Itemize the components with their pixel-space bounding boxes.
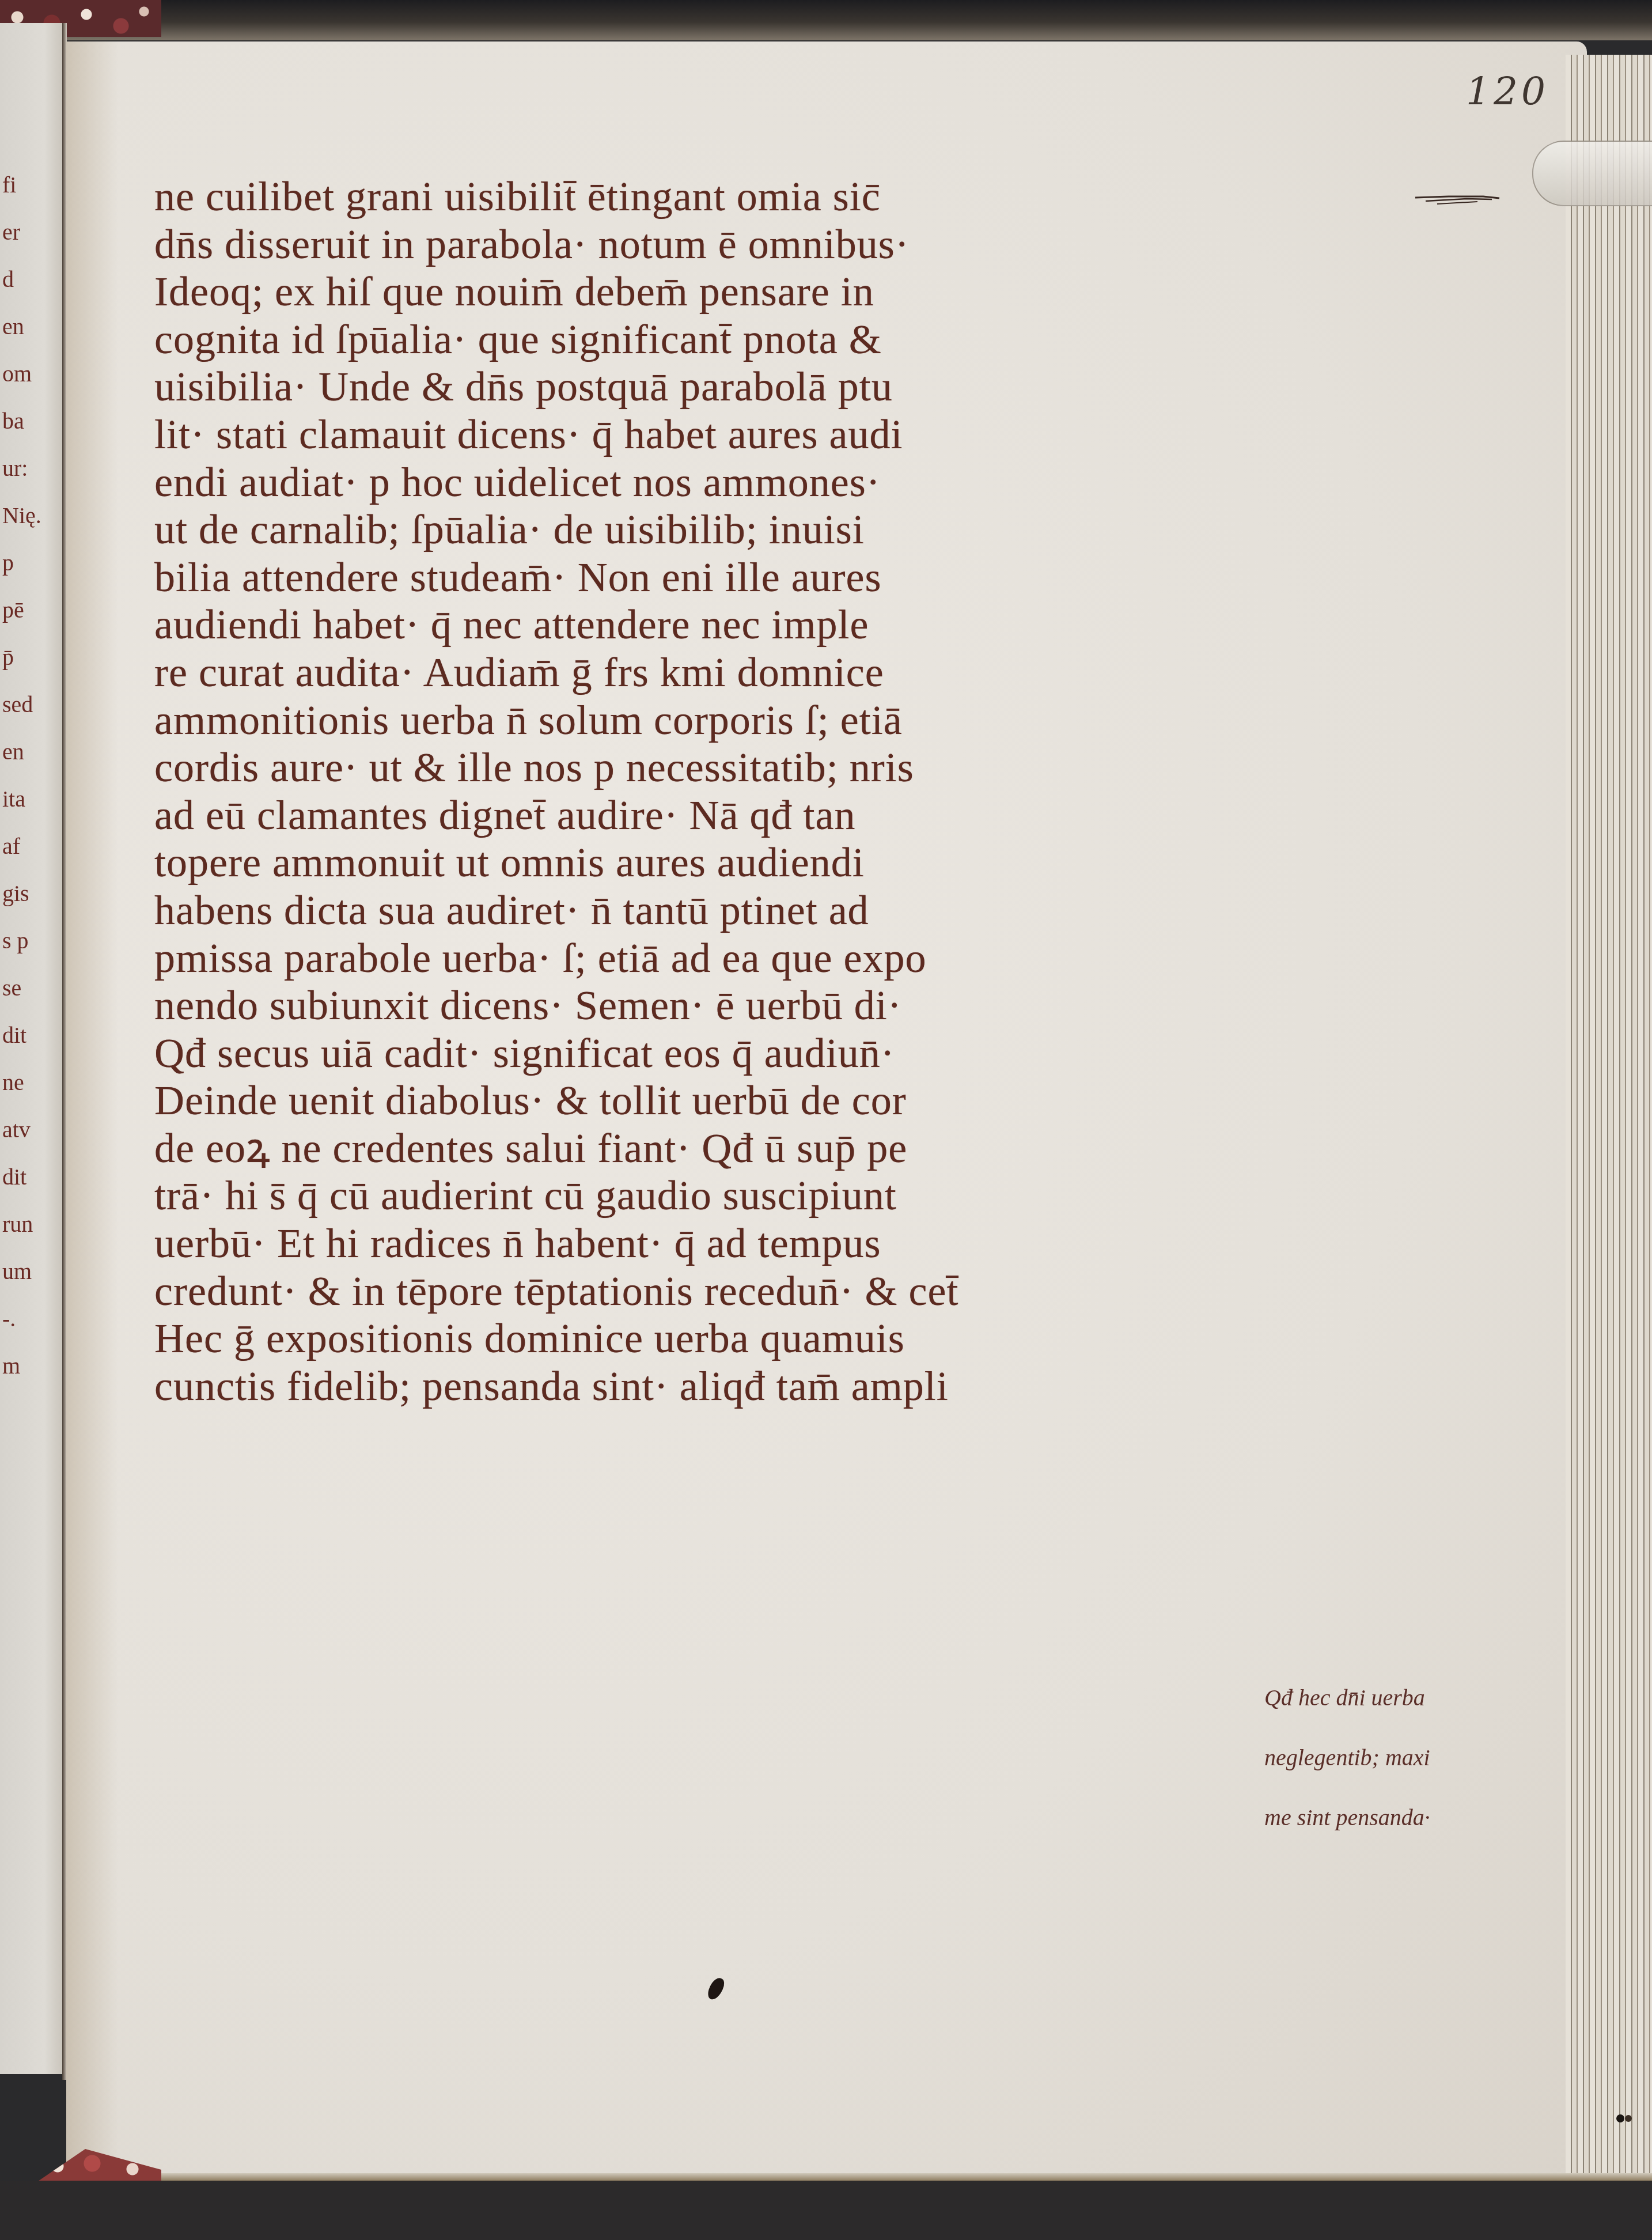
left-page-fragment: er (2, 209, 60, 256)
binding-top (0, 0, 1652, 40)
text-line: Qđ secus uiā cadit· significat eos q̄ au… (154, 1030, 1237, 1077)
text-line: uerbū· Et hi radices n̄ habent· q̄ ad te… (154, 1220, 1237, 1267)
marginal-note-line: Qđ hec dn̄i uerba (1264, 1668, 1541, 1728)
marginal-note: Qđ hec dn̄i uerbaneglegentib; maxime sin… (1264, 1668, 1541, 1848)
left-page-fragment: p (2, 539, 60, 587)
text-line: re curat audita· Audiam̄ ḡ frs kmi domni… (154, 649, 1237, 697)
left-page-fragment: fi (2, 161, 60, 209)
left-page-fragment: om (2, 350, 60, 398)
left-page-fragment: ba (2, 398, 60, 445)
left-page-text-fragments: fierdenombaur:Nię.ppēp̄sedenitaafgiss ps… (2, 161, 60, 1390)
left-page-fragment: um (2, 1248, 60, 1295)
main-text-block: ne cuilibet grani uisibilit̄ ētingant om… (154, 173, 1237, 1410)
marginal-note-line: me sint pensanda· (1264, 1788, 1541, 1848)
left-page-fragment: se (2, 964, 60, 1012)
text-line: habens dicta sua audiret· n̄ tantū ptine… (154, 887, 1237, 934)
text-line: endi audiat· p hoc uidelicet nos ammones… (154, 459, 1237, 506)
text-line: audiendi habet· q̄ nec attendere nec imp… (154, 601, 1237, 649)
binding-bottom (0, 2181, 1652, 2240)
pen-stroke-mark-icon (1414, 193, 1501, 206)
text-line: lit· stati clamauit dicens· q̄ habet aur… (154, 411, 1237, 459)
text-line: cordis aure· ut & ille nos p necessitati… (154, 744, 1237, 792)
left-page-fragment: gis (2, 870, 60, 917)
text-line: cunctis fidelib; pensanda sint· aliqđ ta… (154, 1363, 1237, 1410)
left-page-fragment: p̄ (2, 634, 60, 681)
left-page-fragment: pē (2, 587, 60, 634)
left-page-fragment: dit (2, 1012, 60, 1059)
left-page-fragment: m (2, 1342, 60, 1390)
left-page-fragment: d (2, 256, 60, 303)
left-page-fragment: ur: (2, 445, 60, 492)
folio-number: 120 (1466, 69, 1549, 113)
text-line: uisibilia· Unde & dn̄s postquā parabolā … (154, 363, 1237, 411)
text-line: Hec ḡ expositionis dominice uerba quamui… (154, 1315, 1237, 1363)
text-line: pmissa parabole uerba· ſ; etiā ad ea que… (154, 934, 1237, 982)
text-line: credunt· & in tēpore tēptationis recedun… (154, 1267, 1237, 1315)
text-line: topere ammonuit ut omnis aures audiendi (154, 839, 1237, 887)
text-line: dn̄s disseruit in parabola· notum ē omni… (154, 221, 1237, 268)
bottom-page-edge (144, 2173, 1652, 2181)
text-line: ne cuilibet grani uisibilit̄ ētingant om… (154, 173, 1237, 221)
edge-stain-dots (1616, 2112, 1635, 2125)
text-line: Ideoq; ex hiſ que nouim̄ debem̄ pensare … (154, 268, 1237, 316)
left-page-fragment: ne (2, 1059, 60, 1106)
text-line: bilia attendere studeam̄· Non eni ille a… (154, 554, 1237, 601)
page-edges-stack (1566, 55, 1652, 2181)
left-page-fragment: atv (2, 1106, 60, 1153)
text-line: ammonitionis uerba n̄ solum corporis ſ; … (154, 697, 1237, 744)
left-page-fragment: af (2, 823, 60, 870)
left-page-fragment: en (2, 728, 60, 775)
left-page-fragment: ita (2, 775, 60, 823)
text-line: nendo subiunxit dicens· Semen· ē uerbū d… (154, 982, 1237, 1030)
left-page-fragment: dit (2, 1153, 60, 1201)
text-line: trā· hi s̄ q̄ cū audierint cū gaudio sus… (154, 1172, 1237, 1220)
left-page-fragment: run (2, 1201, 60, 1248)
left-page-fragment: en (2, 303, 60, 350)
text-line: Deinde uenit diabolus· & tollit uerbū de… (154, 1077, 1237, 1125)
left-page-fragment: -. (2, 1295, 60, 1342)
left-page-fragment: sed (2, 681, 60, 728)
left-page-fragment: Nię. (2, 492, 60, 539)
page-tab-flag[interactable] (1532, 141, 1652, 206)
text-line: ad eū clamantes dignet̄ audire· Nā qđ ta… (154, 792, 1237, 839)
marginal-note-line: neglegentib; maxi (1264, 1728, 1541, 1788)
leaf-gutter-shadow (66, 41, 118, 2179)
left-facing-page: fierdenombaur:Nię.ppēp̄sedenitaafgiss ps… (0, 23, 63, 2074)
text-line: cognita id ſpūalia· que significant̄ pno… (154, 316, 1237, 364)
text-line: ut de carnalib; ſpūalia· de uisibilib; i… (154, 506, 1237, 554)
text-line: de eoꝝ ne credentes salui fiant· Qđ ū su… (154, 1125, 1237, 1172)
left-page-fragment: s p (2, 917, 60, 964)
